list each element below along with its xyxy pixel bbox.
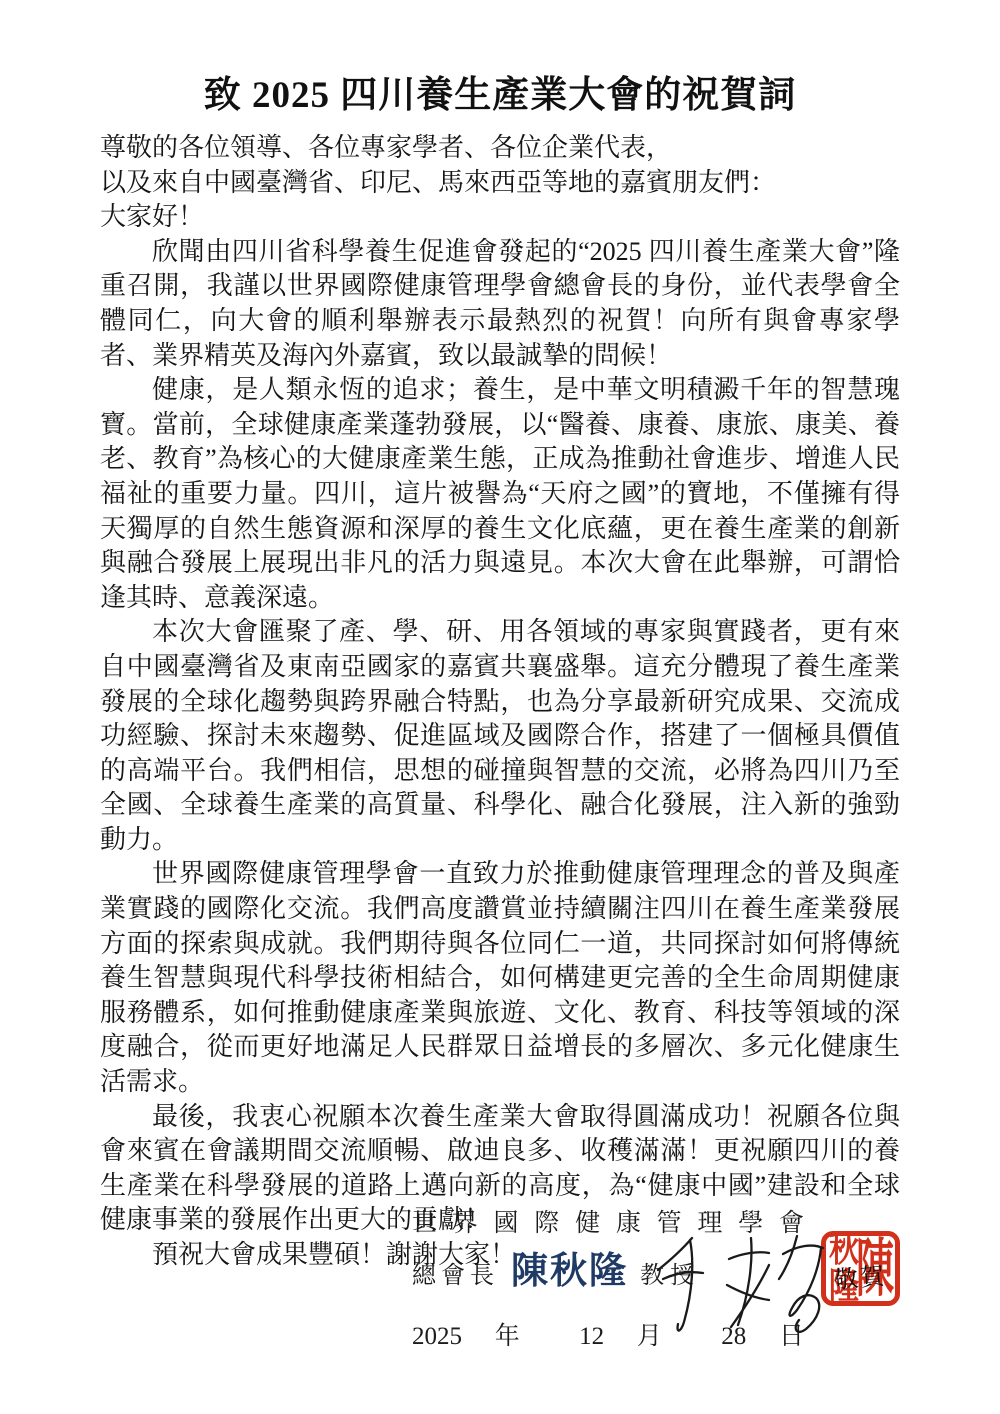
seal-overlay-text: 敬賀 xyxy=(833,1256,888,1295)
letter-title: 致 2025 四川養生產業大會的祝賀詞 xyxy=(0,64,1000,118)
paragraph-3: 本次大會匯聚了產、學、研、用各領域的專家與實踐者，更有來自中國臺灣省及東南亞國家… xyxy=(100,615,900,857)
salutation-line-2: 以及來自中國臺灣省、印尼、馬來西亞等地的嘉賓朋友們： xyxy=(100,166,900,201)
paragraph-4: 世界國際健康管理學會一直致力於推動健康管理理念的普及與產業實踐的國際化交流。我們… xyxy=(100,857,900,1099)
salutation-line-1: 尊敬的各位領導、各位專家學者、各位企業代表， xyxy=(100,131,900,166)
salutation-line-3: 大家好！ xyxy=(100,200,900,235)
handwritten-signature-image xyxy=(650,1226,840,1351)
paragraph-2: 健康，是人類永恆的追求；養生，是中華文明積澱千年的智慧瑰寶。當前，全球健康產業蓬… xyxy=(100,373,900,615)
signer-name: 陳秋隆 xyxy=(511,1240,628,1294)
letter-body: 尊敬的各位領導、各位專家學者、各位企業代表， 以及來自中國臺灣省、印尼、馬來西亞… xyxy=(100,131,900,1273)
signer-role: 總會長 xyxy=(412,1255,499,1290)
letter-page: 致 2025 四川養生產業大會的祝賀詞 尊敬的各位領導、各位專家學者、各位企業代… xyxy=(0,0,1000,1414)
paragraph-1: 欣聞由四川省科學養生促進會發起的“2025 四川養生產業大會”隆重召開，我謹以世… xyxy=(100,235,900,373)
